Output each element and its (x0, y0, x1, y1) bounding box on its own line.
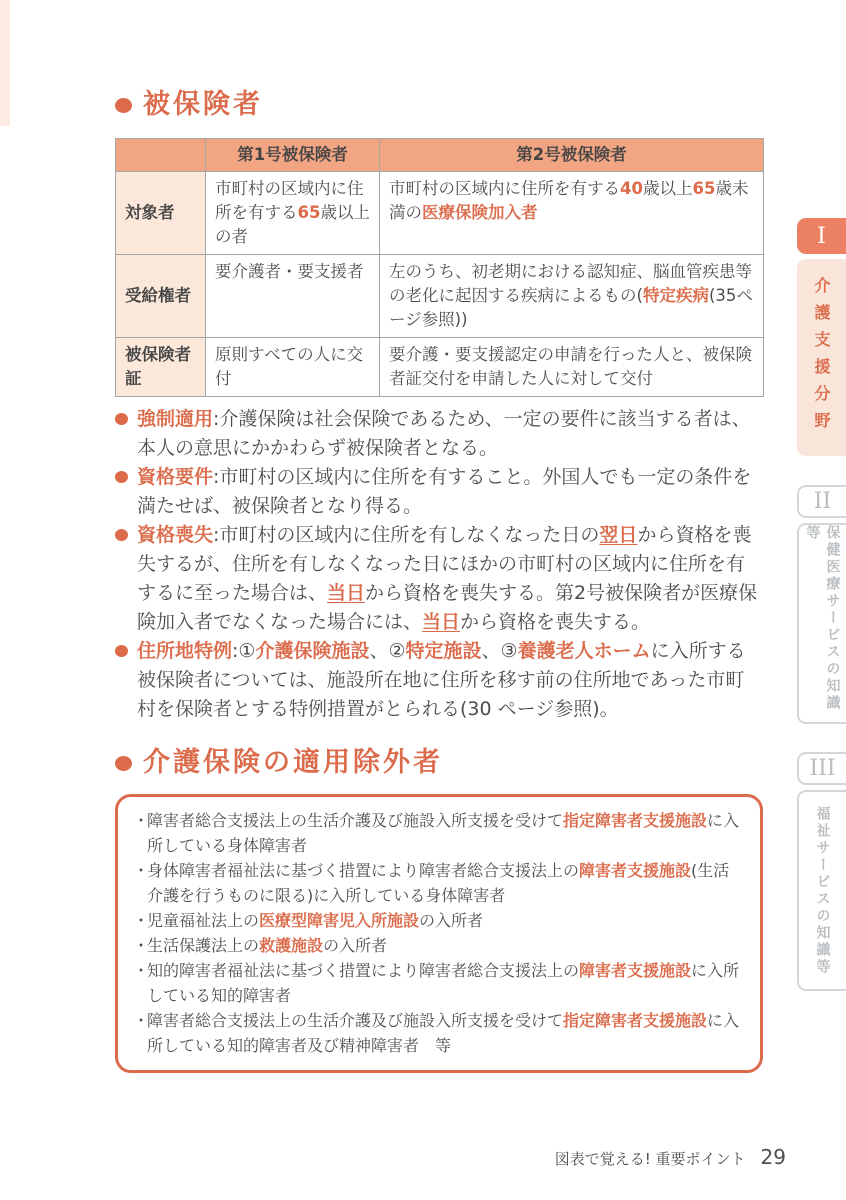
exclusion-text: 身体障害者福祉法に基づく措置により障害者総合支援法上の障害者支援施設(生活介護を… (147, 861, 729, 905)
table-header-row: 第1号被保険者 第2号被保険者 (116, 139, 764, 172)
bullet-dot-icon (115, 529, 128, 541)
exclusion-text: 児童福祉法上の医療型障害児入所施設の入所者 (147, 911, 483, 930)
note-label: 資格喪失 (137, 524, 213, 546)
cell-jukyukensha-no2: 左のうち、初老期における認知症、脳血管疾患等の老化に起因する疾病によるもの(特定… (380, 255, 764, 338)
note-body: :市町村の区域内に住所を有しなくなった日の翌日から資格を喪失するが、住所を有しな… (137, 524, 757, 633)
bullet-dot-icon (115, 471, 128, 483)
note-jushochi-tokurei: 住所地特例:①介護保険施設、②特定施設、③養護老人ホームに入所する被保険者につい… (115, 637, 763, 724)
section-title-text: 介護保険の適用除外者 (143, 746, 443, 780)
section-title-exclusions: 介護保険の適用除外者 (115, 746, 763, 780)
exclusion-item: ・児童福祉法上の医療型障害児入所施設の入所者 (133, 908, 742, 933)
exclusion-item: ・知的障害者福祉法に基づく措置により障害者総合支援法上の障害者支援施設に入所して… (133, 958, 742, 1008)
row-label-hihokenshasho: 被保険者証 (116, 338, 206, 397)
note-label: 資格要件 (137, 466, 213, 488)
exclusion-item: ・身体障害者福祉法に基づく措置により障害者総合支援法上の障害者支援施設(生活介護… (133, 858, 742, 908)
insured-persons-table: 第1号被保険者 第2号被保険者 対象者 市町村の区域内に住所を有する65歳以上の… (115, 138, 764, 397)
section-title-insured-persons: 被保険者 (115, 88, 763, 122)
cell-hihokenshasho-no1: 原則すべての人に交付 (206, 338, 380, 397)
nakaguro-bullet: ・ (133, 1008, 149, 1033)
tab-numeral-chapter2: II (797, 485, 846, 518)
cell-taishosha-no1: 市町村の区域内に住所を有する65歳以上の者 (206, 172, 380, 255)
nakaguro-bullet: ・ (133, 908, 149, 933)
cell-taishosha-no2: 市町村の区域内に住所を有する40歳以上65歳未満の医療保険加入者 (380, 172, 764, 255)
table-row: 対象者 市町村の区域内に住所を有する65歳以上の者 市町村の区域内に住所を有する… (116, 172, 764, 255)
row-label-jukyukensha: 受給権者 (116, 255, 206, 338)
bullet-dot-icon (115, 645, 128, 657)
tab-label-chapter2: 保健医療サービスの知識等 (797, 523, 846, 724)
exclusion-text: 生活保護法上の救護施設の入所者 (147, 936, 387, 955)
tab-label-chapter1: 介護支援分野 (797, 259, 846, 456)
table-row: 被保険者証 原則すべての人に交付 要介護・要支援認定の申請を行った人と、被保険者… (116, 338, 764, 397)
header-cell-no1: 第1号被保険者 (206, 139, 380, 172)
bullet-dot-icon (115, 413, 128, 425)
note-shikaku-youken: 資格要件:市町村の区域内に住所を有すること。外国人でも一定の条件を満たせば、被保… (115, 463, 763, 521)
nakaguro-bullet: ・ (133, 808, 149, 833)
note-body: :市町村の区域内に住所を有すること。外国人でも一定の条件を満たせば、被保険者とな… (137, 466, 751, 517)
exclusion-item: ・障害者総合支援法上の生活介護及び施設入所支援を受けて指定障害者支援施設に入所し… (133, 1008, 742, 1058)
section-title-text: 被保険者 (143, 88, 263, 122)
row-label-taishosha: 対象者 (116, 172, 206, 255)
tab-numeral-chapter1: I (797, 218, 846, 254)
note-shikaku-soushitsu: 資格喪失:市町村の区域内に住所を有しなくなった日の翌日から資格を喪失するが、住所… (115, 521, 763, 637)
nakaguro-bullet: ・ (133, 933, 149, 958)
footer-caption: 図表で覚える! 重要ポイント (555, 1148, 746, 1169)
section-bullet-icon (115, 756, 132, 771)
note-label: 住所地特例 (137, 640, 232, 662)
cell-hihokenshasho-no2: 要介護・要支援認定の申請を行った人と、被保険者証交付を申請した人に対して交付 (380, 338, 764, 397)
tab-label-chapter3: 福祉サービスの知識等 (797, 790, 846, 991)
notes-list: 強制適用:介護保険は社会保険であるため、一定の要件に該当する者は、本人の意思にか… (115, 405, 763, 724)
cell-jukyukensha-no1: 要介護者・要支援者 (206, 255, 380, 338)
note-label: 強制適用 (137, 408, 213, 430)
exclusion-item: ・障害者総合支援法上の生活介護及び施設入所支援を受けて指定障害者支援施設に入所し… (133, 808, 742, 858)
exclusion-box: ・障害者総合支援法上の生活介護及び施設入所支援を受けて指定障害者支援施設に入所し… (115, 794, 763, 1073)
nakaguro-bullet: ・ (133, 958, 149, 983)
main-content: 被保険者 第1号被保険者 第2号被保険者 対象者 市町村の区域内に住所を有する6… (115, 88, 763, 1073)
section-bullet-icon (115, 98, 132, 113)
exclusion-text: 障害者総合支援法上の生活介護及び施設入所支援を受けて指定障害者支援施設に入所して… (147, 1011, 739, 1055)
page-number: 29 (761, 1145, 786, 1169)
header-cell-no2: 第2号被保険者 (380, 139, 764, 172)
page-footer: 図表で覚える! 重要ポイント 29 (555, 1145, 786, 1169)
page-edge-strip (0, 0, 10, 126)
header-cell-blank (116, 139, 206, 172)
note-kyousei-tekiyou: 強制適用:介護保険は社会保険であるため、一定の要件に該当する者は、本人の意思にか… (115, 405, 763, 463)
nakaguro-bullet: ・ (133, 858, 149, 883)
table-row: 受給権者 要介護者・要支援者 左のうち、初老期における認知症、脳血管疾患等の老化… (116, 255, 764, 338)
exclusion-text: 障害者総合支援法上の生活介護及び施設入所支援を受けて指定障害者支援施設に入所して… (147, 811, 739, 855)
note-body: :介護保険は社会保険であるため、一定の要件に該当する者は、本人の意思にかかわらず… (137, 408, 751, 459)
tab-numeral-chapter3: III (797, 752, 846, 785)
book-page: 被保険者 第1号被保険者 第2号被保険者 対象者 市町村の区域内に住所を有する6… (0, 0, 846, 1200)
exclusion-text: 知的障害者福祉法に基づく措置により障害者総合支援法上の障害者支援施設に入所してい… (147, 961, 739, 1005)
exclusion-item: ・生活保護法上の救護施設の入所者 (133, 933, 742, 958)
chapter-tab-rail: I 介護支援分野 II 保健医療サービスの知識等 III 福祉サービスの知識等 (797, 0, 846, 1200)
